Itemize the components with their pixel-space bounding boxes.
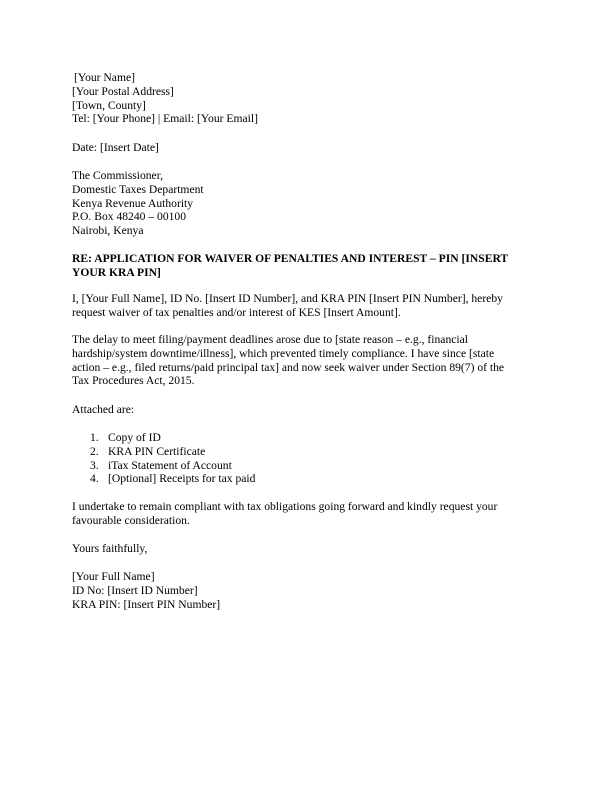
recipient-address: The Commissioner, Domestic Taxes Departm… (72, 169, 542, 238)
paragraph-reason-line-4: Tax Procedures Act, 2015. (72, 374, 542, 388)
signature-name: [Your Full Name] (72, 570, 542, 584)
paragraph-undertaking: I undertake to remain compliant with tax… (72, 500, 542, 528)
paragraph-reason: The delay to meet filing/payment deadlin… (72, 333, 542, 388)
paragraph-request-line-2: request waiver of tax penalties and/or i… (72, 306, 542, 320)
sender-postal-address: [Your Postal Address] (72, 85, 542, 99)
paragraph-undertaking-line-1: I undertake to remain compliant with tax… (72, 500, 542, 514)
paragraph-reason-line-3: action – e.g., filed returns/paid princi… (72, 361, 542, 375)
list-item-number: 3. (90, 459, 99, 473)
list-item-number: 4. (90, 472, 99, 486)
sender-name: [Your Name] (72, 71, 542, 85)
list-item: 1. Copy of ID (72, 431, 255, 445)
list-item: 2. KRA PIN Certificate (72, 445, 255, 459)
paragraph-reason-line-1: The delay to meet filing/payment deadlin… (72, 333, 542, 347)
attachments-intro-block: Attached are: (72, 403, 542, 417)
paragraph-request: I, [Your Full Name], ID No. [Insert ID N… (72, 292, 542, 320)
list-item-label: iTax Statement of Account (108, 459, 232, 472)
subject-line-1: RE: APPLICATION FOR WAIVER OF PENALTIES … (72, 252, 542, 266)
list-item-label: [Optional] Receipts for tax paid (108, 472, 255, 485)
date-line: Date: [Insert Date] (72, 141, 542, 155)
letter-page: [Your Name] [Your Postal Address] [Town,… (0, 0, 612, 792)
signature-pin: KRA PIN: [Insert PIN Number] (72, 598, 542, 612)
recipient-line-1: The Commissioner, (72, 169, 542, 183)
list-item-label: Copy of ID (108, 431, 161, 444)
list-item-number: 2. (90, 445, 99, 459)
recipient-line-2: Domestic Taxes Department (72, 183, 542, 197)
list-item-label: KRA PIN Certificate (108, 445, 205, 458)
sender-address: [Your Name] [Your Postal Address] [Town,… (72, 71, 542, 126)
closing: Yours faithfully, (72, 542, 542, 556)
list-item: 4. [Optional] Receipts for tax paid (72, 472, 255, 486)
sender-contact: Tel: [Your Phone] | Email: [Your Email] (72, 112, 542, 126)
paragraph-undertaking-line-2: favourable consideration. (72, 514, 542, 528)
date-block: Date: [Insert Date] (72, 141, 542, 155)
sender-town-county: [Town, County] (72, 99, 542, 113)
attachments-list: 1. Copy of ID 2. KRA PIN Certificate 3. … (72, 431, 255, 486)
attachments-intro: Attached are: (72, 403, 542, 417)
subject-heading: RE: APPLICATION FOR WAIVER OF PENALTIES … (72, 252, 542, 280)
list-item: 3. iTax Statement of Account (72, 459, 255, 473)
signature-id: ID No: [Insert ID Number] (72, 584, 542, 598)
paragraph-request-line-1: I, [Your Full Name], ID No. [Insert ID N… (72, 292, 542, 306)
paragraph-reason-line-2: hardship/system downtime/illness], which… (72, 347, 542, 361)
recipient-line-4: P.O. Box 48240 – 00100 (72, 210, 542, 224)
signature-block: [Your Full Name] ID No: [Insert ID Numbe… (72, 570, 542, 611)
recipient-line-3: Kenya Revenue Authority (72, 197, 542, 211)
list-item-number: 1. (90, 431, 99, 445)
recipient-line-5: Nairobi, Kenya (72, 224, 542, 238)
subject-line-2: YOUR KRA PIN] (72, 266, 542, 280)
closing-block: Yours faithfully, (72, 542, 542, 556)
